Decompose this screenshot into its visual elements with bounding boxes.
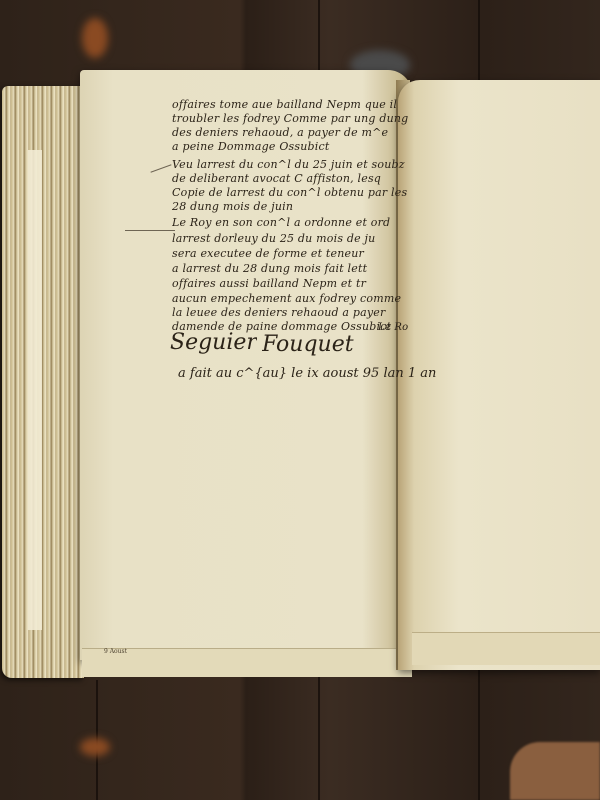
handwritten-line: larrest dorleuy du 25 du mois de ju — [172, 232, 408, 245]
handwritten-line: des deniers rehaoud, a payer de m^e — [172, 126, 408, 139]
footer-note: 9 Aoust — [104, 648, 127, 655]
handwritten-line: a peine Dommage Ossubict — [172, 140, 408, 153]
handwritten-line: Copie de larrest du con^l obtenu par les — [172, 186, 408, 199]
handwritten-line: sera executee de forme et teneur — [172, 247, 408, 260]
handwritten-line: offaires tome aue bailland Nepm que il — [172, 98, 408, 111]
hand-edge — [510, 742, 600, 800]
rust-stain — [82, 18, 108, 58]
handwritten-line: troubler les fodrey Comme par ung dung — [172, 112, 408, 125]
rust-stain — [80, 738, 110, 756]
handwritten-line: de deliberant avocat C affiston, lesq — [172, 172, 408, 185]
handwritten-line: a larrest du 28 dung mois fait lett — [172, 262, 408, 275]
handwritten-line: Le Roy en son con^l a ordonne et ord — [172, 216, 408, 229]
paragraph-flourish — [125, 230, 175, 231]
signature: Fouquet — [262, 332, 354, 357]
handwritten-line: 28 dung mois de juin — [172, 200, 408, 213]
margin-mark: Le Ro — [378, 322, 408, 333]
handwritten-line: aucun empechement aux fodrey comme — [172, 292, 408, 305]
handwritten-line: offaires aussi bailland Nepm et tr — [172, 277, 408, 290]
inserted-leaf — [28, 150, 42, 630]
right-page-bottom-edge — [412, 632, 600, 665]
left-page-bottom-edge — [82, 648, 412, 677]
signature: Seguier — [170, 330, 257, 355]
handwritten-line: la leuee des deniers rehaoud a payer — [172, 306, 408, 319]
page-edges — [2, 86, 84, 678]
closing-line: a fait au c^{au} le ix aoust 95 lan 1 an — [178, 366, 436, 381]
handwritten-line: Veu larrest du con^l du 25 juin et soubz — [172, 158, 408, 171]
